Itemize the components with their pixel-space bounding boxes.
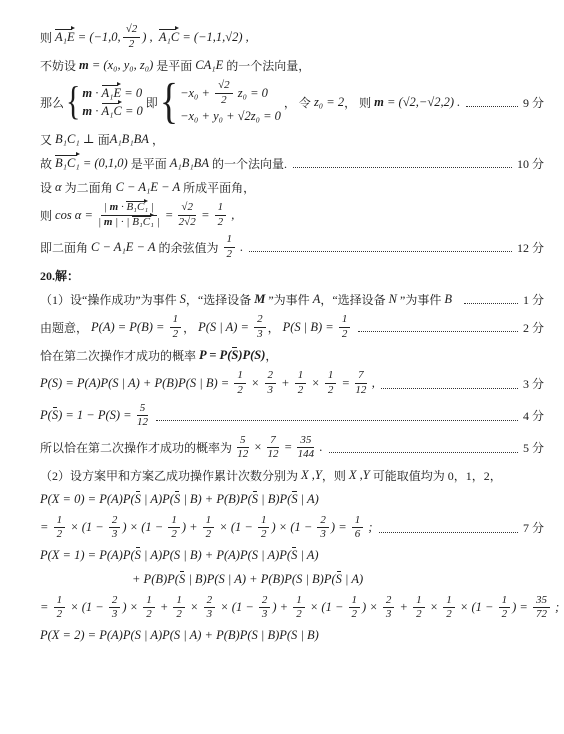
text-segment: 为二面角 <box>62 179 116 196</box>
fraction-denominator: 3 <box>386 608 392 621</box>
text-segment: m <box>82 104 92 119</box>
text-segment: 35 <box>536 595 547 607</box>
fraction-numerator: 35 <box>533 595 550 609</box>
text-segment: | <box>148 202 154 214</box>
text-segment: 12 <box>137 417 148 429</box>
text-segment: · <box>92 104 101 119</box>
fraction: 12 <box>499 595 511 621</box>
complement-overline: S <box>135 548 141 563</box>
fraction: 12 <box>54 515 66 541</box>
text-segment: 1 <box>446 595 452 607</box>
text-segment: + <box>396 600 411 615</box>
text-segment: 1 <box>355 515 361 527</box>
text-segment: m <box>104 217 113 229</box>
fraction: 12 <box>339 314 351 340</box>
fraction-numerator: 2 <box>317 515 329 529</box>
dotted-leader <box>381 387 518 389</box>
text-segment: 2 <box>257 314 263 326</box>
text-segment: × (1 − <box>457 600 497 615</box>
text-segment: 所以恰在第二次操作才成功的概率为 <box>40 439 235 456</box>
text-segment: 2 <box>320 515 326 527</box>
text-segment: 2 <box>57 529 63 541</box>
fraction: 12 <box>224 234 236 260</box>
text-segment: × (1 − <box>217 600 257 615</box>
fraction: 23 <box>317 515 329 541</box>
text-segment: × (1 − <box>67 600 107 615</box>
normal-vector-setup: 不妨设 m = (x₀, y₀, z₀) 是平面 CA₁E 的一个法向量， <box>40 56 544 74</box>
fraction-denominator: 2 <box>171 528 177 541</box>
ps-complement: P(S) = 1 − P(S) = 5124 分 <box>40 403 544 429</box>
b1c1-normal-vector: 故 B₁C₁ = (0,1,0) 是平面 A₁B₁BA 的一个法向量.10 分 <box>40 154 544 172</box>
text-segment: 2 <box>171 529 177 541</box>
text-segment: 1 <box>328 370 334 382</box>
fraction-numerator: 1 <box>325 370 337 384</box>
fraction: 512 <box>237 435 249 461</box>
text-segment: ; <box>365 520 372 535</box>
text-segment: −x₀ + y₀ + √2z₀ = 0 <box>180 109 281 124</box>
text-segment: ) × <box>362 600 381 615</box>
problem-20-header: 20.解： <box>40 266 544 284</box>
text-segment: B <box>444 292 452 307</box>
fraction: 23 <box>254 314 266 340</box>
text-segment: ) × (1 − <box>271 520 315 535</box>
fraction-numerator: 1 <box>168 515 180 529</box>
vector-overline: A₁E <box>102 86 122 101</box>
fraction-denominator: 2 <box>57 608 63 621</box>
text-segment: P(X = 1) = P(A)P( <box>40 548 135 563</box>
fraction-numerator: 2 <box>109 515 121 529</box>
text-segment: 则 <box>40 29 55 46</box>
text-segment: 1 <box>352 595 358 607</box>
complement-overline: S <box>52 408 58 423</box>
px0-calculation: = 12 × (1 − 23) × (1 − 12) + 12 × (1 − 1… <box>40 515 544 541</box>
text-segment: P(S | B) = <box>283 320 337 335</box>
text-segment: 1 <box>57 595 63 607</box>
px0-expansion: P(X = 0) = P(A)P(S | A)P(S | B) + P(B)P(… <box>40 491 544 509</box>
fraction-numerator: 1 <box>54 595 66 609</box>
text-segment: 2 <box>57 609 63 621</box>
text-segment: × <box>248 376 263 391</box>
brace-icon: { <box>160 77 178 126</box>
text-segment: 由题意， <box>40 319 91 336</box>
text-segment: A₁B₁BA <box>170 156 209 171</box>
fraction-numerator: | m · B₁C₁ | <box>101 202 157 216</box>
text-segment: √2 <box>126 24 138 36</box>
text-segment: , <box>369 376 375 391</box>
text-segment: 3 <box>268 385 274 397</box>
text-segment: = <box>338 376 353 391</box>
text-segment: ， 令 <box>284 94 314 111</box>
complement-overline: S <box>291 492 297 507</box>
text-segment: 12 <box>355 385 366 397</box>
fraction-numerator: 1 <box>413 595 425 609</box>
text-segment: = (−1,1,√2) , <box>179 30 249 45</box>
fraction-denominator: 3 <box>320 528 326 541</box>
text-segment: 2 <box>237 385 243 397</box>
fraction-numerator: 2 <box>204 595 216 609</box>
text-segment <box>452 292 458 307</box>
text-segment: ) × (1 − <box>122 520 166 535</box>
text-segment: 7 <box>270 435 276 447</box>
equation-row: −x₀ + √22 z₀ = 0 <box>180 80 281 106</box>
text-segment: 1 <box>206 515 212 527</box>
dotted-leader <box>464 302 518 304</box>
text-segment: 则 <box>40 207 55 224</box>
text-segment: | B)P(S | A) + P(B)P(S | B)P( <box>185 572 335 587</box>
text-segment: = (√2,−√2,2) . <box>384 95 460 110</box>
text-segment: √2 <box>218 80 230 92</box>
text-segment: 3 <box>320 529 326 541</box>
text-segment: ， <box>265 347 277 364</box>
text-segment: CA₁E <box>195 58 223 73</box>
text-segment: 2 <box>386 595 392 607</box>
text-segment: N <box>389 292 397 307</box>
text-segment: 是平面 <box>128 155 170 172</box>
fraction-numerator: 5 <box>137 403 149 417</box>
dotted-leader <box>293 166 512 168</box>
text-segment: 故 <box>40 155 55 172</box>
fraction-denominator: | m | · | B₁C₁ | <box>98 216 160 229</box>
fraction-numerator: 1 <box>352 515 364 529</box>
fraction-numerator: 1 <box>293 595 305 609</box>
fraction: 12 <box>54 595 66 621</box>
text-segment: 2 <box>112 515 118 527</box>
fraction-denominator: 2 <box>227 248 233 261</box>
text-segment: 1 <box>227 234 233 246</box>
text-segment: × (1 − <box>307 600 347 615</box>
fraction-numerator: 1 <box>203 515 215 529</box>
text-segment: 2 <box>416 609 422 621</box>
fraction-numerator: 1 <box>499 595 511 609</box>
text-segment: × (1 − <box>67 520 107 535</box>
text-segment: ，“选择设备 <box>320 291 388 308</box>
fraction: 12 <box>203 515 215 541</box>
fraction-numerator: 7 <box>355 370 367 384</box>
text-segment: 2 <box>173 329 179 341</box>
text-segment: 7 <box>358 370 364 382</box>
part1-event-definitions: （1）设“操作成功”为事件 S，“选择设备 M ”为事件 A，“选择设备 N ”… <box>40 290 544 308</box>
text-segment: m <box>82 86 92 101</box>
text-segment: 6 <box>355 529 361 541</box>
fraction-numerator: 1 <box>443 595 455 609</box>
text-segment: A <box>313 292 321 307</box>
text-segment: z₀ = 2 <box>314 95 344 110</box>
text-segment: 1 <box>416 595 422 607</box>
text-segment: 2 <box>176 609 182 621</box>
text-segment: 144 <box>298 449 315 461</box>
text-segment: = 0 <box>121 86 142 101</box>
text-segment: | B)P( <box>258 492 291 507</box>
text-segment: P(X = 2) = P(A)P(S | A)P(S | A) + P(B)P(… <box>40 628 319 643</box>
text-segment: 3 <box>386 609 392 621</box>
complement-overline: S <box>291 548 297 563</box>
part1-given-probabilities: 由题意， P(A) = P(B) = 12， P(S | A) = 23， P(… <box>40 314 544 340</box>
text-segment: × <box>308 376 323 391</box>
vector-overline: A₁C <box>159 30 179 45</box>
text-segment: 的一个法向量. <box>209 155 287 172</box>
fraction-numerator: 1 <box>173 595 185 609</box>
text-segment: ) = 1 − P(S) = <box>58 408 135 423</box>
text-segment: 1 <box>176 595 182 607</box>
text-segment: 设 <box>40 179 55 196</box>
ps-total-probability: P(S) = P(A)P(S | A) + P(B)P(S | B) = 12 … <box>40 370 544 396</box>
fraction-numerator: √2 <box>123 24 141 38</box>
fraction-denominator: 2 <box>218 216 224 229</box>
equation-system: 那么{m · A₁E = 0m · A₁C = 0即{−x₀ + √22 z₀ … <box>40 80 544 124</box>
fraction-denominator: 6 <box>355 528 361 541</box>
text-segment: 12 <box>237 449 248 461</box>
fraction-denominator: 3 <box>207 608 213 621</box>
text-segment: P( <box>40 408 52 423</box>
text-segment: 3 <box>112 609 118 621</box>
text-segment: B₁C₁ ⊥ <box>55 131 98 147</box>
text-segment: = 0 <box>122 104 143 119</box>
fraction: 12 <box>443 595 455 621</box>
fraction-denominator: 2 <box>206 528 212 541</box>
fraction-numerator: 2 <box>254 314 266 328</box>
text-segment: 所成平面角， <box>180 179 255 196</box>
text-segment: m <box>374 95 384 110</box>
text-segment: A₁B₁BA <box>110 132 149 147</box>
text-segment: C − A₁E − A <box>116 180 181 195</box>
fraction-numerator: 2 <box>383 595 395 609</box>
text-segment: = <box>162 208 177 223</box>
fraction-denominator: 2 <box>352 608 358 621</box>
fraction: 12 <box>325 370 337 396</box>
fraction-denominator: 2 <box>502 608 508 621</box>
text-segment: )P(S) <box>238 348 265 363</box>
dotted-leader <box>379 531 518 533</box>
text-segment: ) + <box>182 520 201 535</box>
text-segment: C − A₁E − A <box>91 240 156 255</box>
vector-overline: B₁C₁ <box>55 156 80 171</box>
text-segment: 2 <box>268 370 274 382</box>
fraction-numerator: 1 <box>258 515 270 529</box>
text-segment: ”为事件 <box>397 291 444 308</box>
fraction: 12 <box>258 515 270 541</box>
fraction-denominator: 72 <box>536 608 547 621</box>
fraction: √22 <box>215 80 233 106</box>
text-segment: 2√2 <box>179 217 196 229</box>
fraction: 23 <box>383 595 395 621</box>
second-attempt-probability: 恰在第二次操作才成功的概率 P = P(S)P(S)， <box>40 346 544 364</box>
text-segment: × <box>251 440 266 455</box>
brace-icon: { <box>66 82 80 123</box>
text-segment: 即 <box>146 94 158 111</box>
document-page: 则 A₁E = (−1,0,√22) , A₁C = (−1,1,√2) ,不妨… <box>0 0 564 645</box>
text-segment: ) × <box>122 600 141 615</box>
fraction: 23 <box>109 595 121 621</box>
text-segment: ，“选择设备 <box>186 291 254 308</box>
fraction: 23 <box>259 595 271 621</box>
text-segment: | A)P( <box>141 492 174 507</box>
dihedral-angle-setup: 设 α 为二面角 C − A₁E − A 所成平面角， <box>40 178 544 196</box>
fraction-denominator: 3 <box>268 384 274 397</box>
px1-expansion: P(X = 1) = P(A)P(S | A)P(S | B) + P(A)P(… <box>40 547 544 565</box>
equation-row: −x₀ + y₀ + √2z₀ = 0 <box>180 109 281 124</box>
vector-a1e-a1c: 则 A₁E = (−1,0,√22) , A₁C = (−1,1,√2) , <box>40 24 544 50</box>
px1-expansion-continued: + P(B)P(S | B)P(S | A) + P(B)P(S | B)P(S… <box>132 571 544 589</box>
cos-alpha-computation: 则 cos α = | m · B₁C₁ || m | · | B₁C₁ | =… <box>40 202 544 228</box>
text-segment: . <box>316 440 322 455</box>
complement-overline: S <box>336 572 342 587</box>
vector-overline: B₁C₁ <box>126 202 148 214</box>
text-segment: 2 <box>342 329 348 341</box>
equation-system-rows: m · A₁E = 0m · A₁C = 0 <box>82 86 142 119</box>
text-segment: | A) <box>342 572 363 587</box>
text-segment: | A)P(S | B) + P(A)P(S | A)P( <box>141 548 291 563</box>
text-segment: m <box>110 202 119 214</box>
text-segment: 20.解： <box>40 267 79 284</box>
text-segment: 又 <box>40 131 55 148</box>
complement-overline: S <box>174 492 180 507</box>
text-segment: 恰在第二次操作才成功的概率 <box>40 347 199 364</box>
vector-overline: A₁E <box>55 30 75 45</box>
fraction-denominator: 3 <box>112 608 118 621</box>
text-segment: ， 则 <box>344 94 374 111</box>
fraction-denominator: 3 <box>262 608 268 621</box>
text-segment: + P(B)P( <box>132 572 179 587</box>
part2-setup: （2）设方案甲和方案乙成功操作累计次数分别为 X ,Y，则 X ,Y 可能取值均… <box>40 467 544 485</box>
text-segment: . <box>237 240 243 255</box>
text-segment: 5 <box>140 403 146 415</box>
text-segment: | A) <box>297 548 318 563</box>
text-segment: 2 <box>262 595 268 607</box>
text-segment: 的余弦值为 <box>156 239 222 256</box>
equation-system-rows: −x₀ + √22 z₀ = 0−x₀ + y₀ + √2z₀ = 0 <box>180 80 281 124</box>
text-segment: 2 <box>129 39 135 51</box>
vector-overline: A₁C <box>102 104 122 119</box>
fraction: | m · B₁C₁ || m | · | B₁C₁ | <box>98 202 160 228</box>
text-segment: ”为事件 <box>265 291 312 308</box>
text-segment: 1 <box>173 314 179 326</box>
fraction: √22 <box>123 24 141 50</box>
fraction: 12 <box>349 595 361 621</box>
fraction: 12 <box>295 370 307 396</box>
fraction-denominator: 2 <box>296 608 302 621</box>
fraction-denominator: 2 <box>261 528 267 541</box>
score-label: 12 分 <box>517 239 544 256</box>
text-segment: 3 <box>112 529 118 541</box>
text-segment: m <box>79 58 89 73</box>
fraction: 23 <box>204 595 216 621</box>
text-segment: | A) <box>298 492 319 507</box>
equation-row: m · A₁E = 0 <box>82 86 142 101</box>
text-segment: = <box>281 440 296 455</box>
text-segment: 即二面角 <box>40 239 91 256</box>
text-segment: √2 <box>181 202 193 214</box>
text-segment: 2 <box>328 385 334 397</box>
text-segment: 1 <box>298 370 304 382</box>
fraction: 12 <box>170 314 182 340</box>
text-segment: （2）设方案甲和方案乙成功操作累计次数分别为 <box>40 467 301 484</box>
text-segment: 2 <box>502 609 508 621</box>
fraction-numerator: 1 <box>54 515 66 529</box>
text-segment: 2 <box>446 609 452 621</box>
score-label: 10 分 <box>517 155 544 172</box>
fraction-numerator: 1 <box>234 370 246 384</box>
fraction: 512 <box>137 403 149 429</box>
text-segment: 1 <box>218 202 224 214</box>
text-segment: 2 <box>218 217 224 229</box>
text-segment: | · | <box>112 217 132 229</box>
text-segment: ， <box>149 131 164 148</box>
text-segment: × <box>427 600 442 615</box>
fraction-denominator: 2 <box>129 38 135 51</box>
text-segment: ; <box>552 600 559 615</box>
fraction-denominator: 2√2 <box>179 216 196 229</box>
fraction-numerator: 2 <box>109 595 121 609</box>
fraction: 35144 <box>297 435 314 461</box>
dotted-leader <box>249 250 512 252</box>
fraction-denominator: 2 <box>328 384 334 397</box>
fraction: 16 <box>352 515 364 541</box>
text-segment: 1 <box>342 314 348 326</box>
fraction-denominator: 2 <box>176 608 182 621</box>
text-segment: 2 <box>146 609 152 621</box>
text-segment: = <box>198 208 213 223</box>
fraction-denominator: 2 <box>221 94 227 107</box>
fraction: 23 <box>265 370 277 396</box>
fraction-denominator: 2 <box>173 328 179 341</box>
fraction-numerator: 2 <box>259 595 271 609</box>
dotted-leader <box>466 105 518 107</box>
text-segment: | B) + P(B)P( <box>180 492 252 507</box>
fraction: 23 <box>109 515 121 541</box>
text-segment: 3 <box>257 329 263 341</box>
fraction: 12 <box>413 595 425 621</box>
fraction-denominator: 2 <box>146 608 152 621</box>
fraction-numerator: 1 <box>224 234 236 248</box>
text-segment: 面 <box>98 131 110 148</box>
fraction-denominator: 2 <box>57 528 63 541</box>
text-segment: z₀ = 0 <box>235 86 268 101</box>
complement-overline: S <box>135 492 141 507</box>
score-label: 4 分 <box>523 407 544 424</box>
text-segment: 1 <box>502 595 508 607</box>
fraction-numerator: 35 <box>297 435 314 449</box>
text-segment: −x₀ + <box>180 86 213 101</box>
text-segment: ，则 <box>322 467 349 484</box>
text-segment: ) = <box>512 600 531 615</box>
text-segment: P(S | A) = <box>198 320 252 335</box>
text-segment: （1）设“操作成功”为事件 <box>40 291 180 308</box>
text-segment: 1 <box>171 515 177 527</box>
fraction-denominator: 144 <box>298 448 315 461</box>
fraction-denominator: 2 <box>237 384 243 397</box>
text-segment: P(S) = P(A)P(S | A) + P(B)P(S | B) = <box>40 376 232 391</box>
score-label: 2 分 <box>523 319 544 336</box>
b1c1-perpendicular: 又 B₁C₁ ⊥ 面A₁B₁BA ， <box>40 130 544 148</box>
text-segment: 那么 <box>40 94 64 111</box>
text-segment: 的一个法向量， <box>223 57 310 74</box>
equation-system: {−x₀ + √22 z₀ = 0−x₀ + y₀ + √2z₀ = 0 <box>160 80 281 124</box>
score-label: 1 分 <box>523 291 544 308</box>
text-segment: × <box>187 600 202 615</box>
fraction-denominator: 2 <box>446 608 452 621</box>
text-segment: × (1 − <box>216 520 256 535</box>
score-label: 3 分 <box>523 375 544 392</box>
text-segment: + <box>157 600 172 615</box>
fraction-numerator: √2 <box>215 80 233 94</box>
text-segment: 72 <box>536 609 547 621</box>
dihedral-conclusion: 即二面角 C − A₁E − A 的余弦值为 12 .12 分 <box>40 234 544 260</box>
fraction: 712 <box>267 435 279 461</box>
dotted-leader <box>156 419 518 421</box>
fraction: 12 <box>215 202 227 228</box>
text-segment: 5 <box>240 435 246 447</box>
fraction-denominator: 12 <box>355 384 366 397</box>
